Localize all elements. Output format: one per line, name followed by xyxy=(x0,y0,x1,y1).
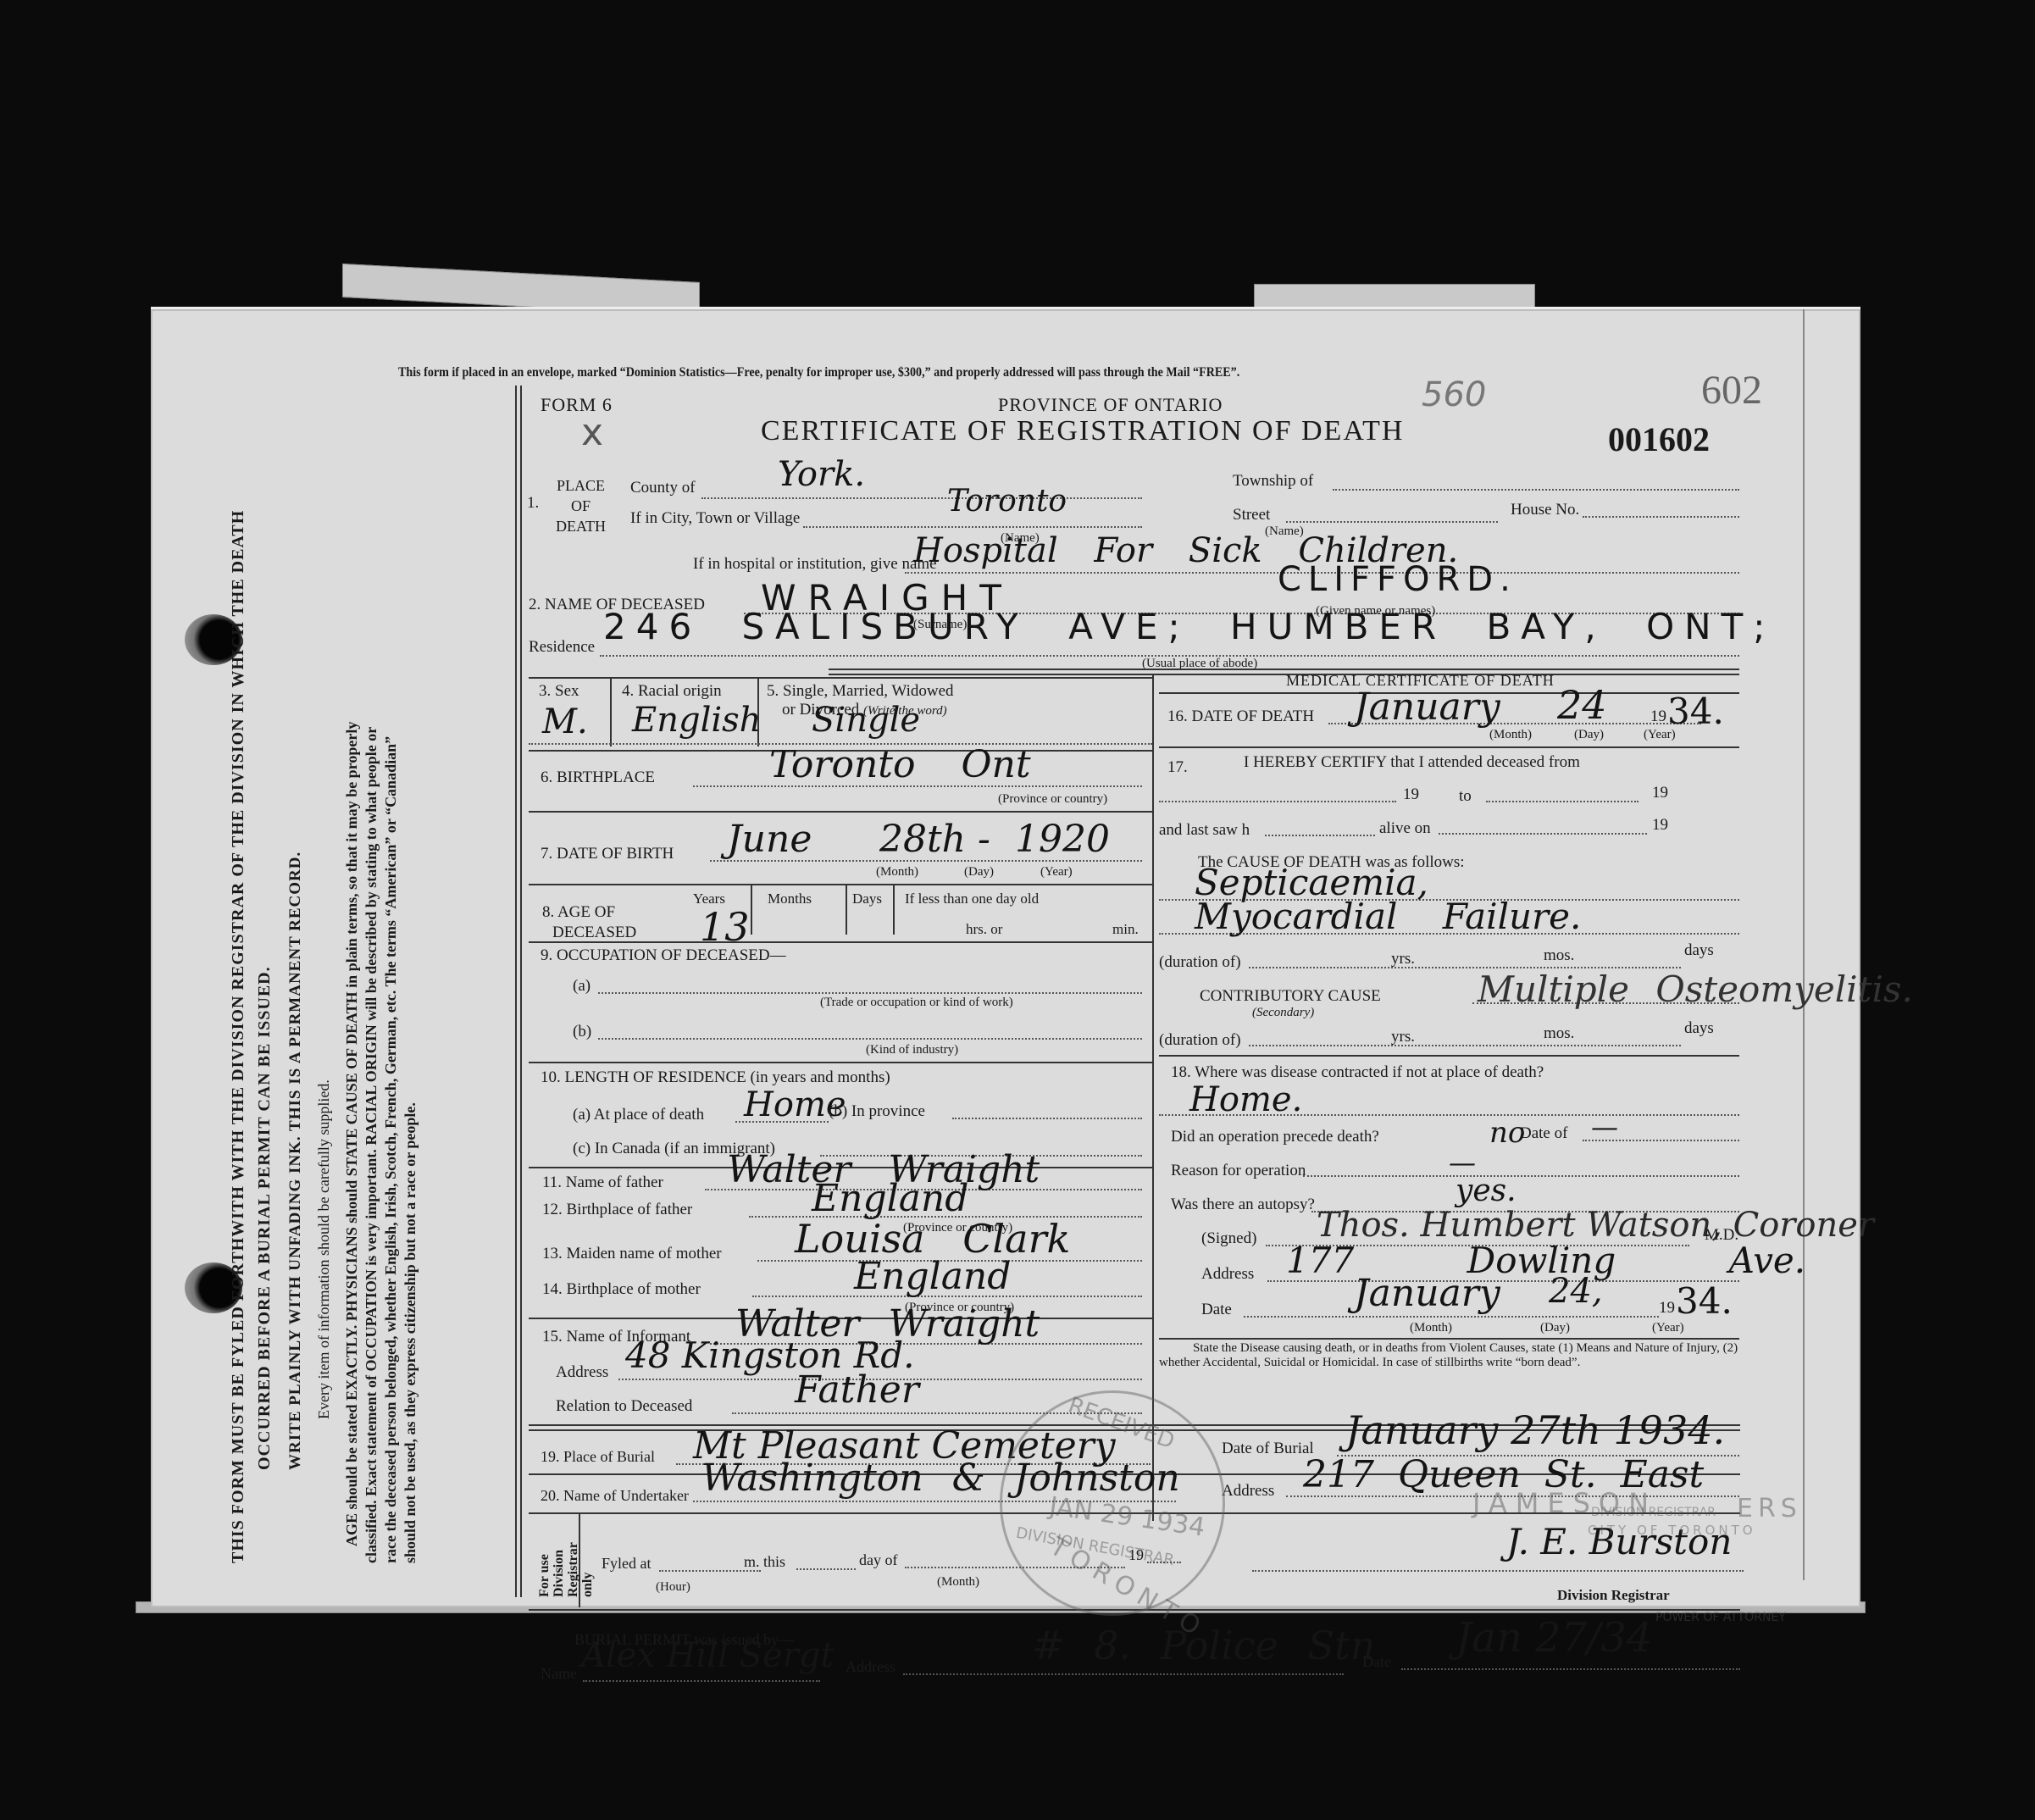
occupation-a-label: (a) xyxy=(573,977,591,996)
residence-length-title: 10. LENGTH OF RESIDENCE xyxy=(541,1068,746,1086)
dob-day-caption: (Day) xyxy=(964,865,994,879)
date-of-death-label: 16. DATE OF DEATH xyxy=(1167,707,1314,726)
cell-divider xyxy=(846,885,847,935)
certificate-title: CERTIFICATE OF REGISTRATION OF DEATH xyxy=(761,415,1404,447)
marital-status-field[interactable]: Single xyxy=(812,701,920,740)
birthplace-caption: (Province or country) xyxy=(998,792,1107,807)
given-name-field[interactable]: CLIFFORD. xyxy=(1278,560,1517,599)
permit-date-label: Date xyxy=(1362,1653,1391,1671)
dob-year-field[interactable]: 1920 xyxy=(1015,818,1110,861)
registrar-side-line: only xyxy=(580,1542,595,1597)
residence-length-hint: (in years and months) xyxy=(751,1068,890,1086)
item-number-1: 1. xyxy=(527,494,539,513)
attended-to-label: to xyxy=(1459,787,1472,806)
permit-name-field[interactable]: Alex Hill Sergt xyxy=(581,1636,834,1675)
hospital-label: If in hospital or institution, give name xyxy=(693,555,937,574)
occupation-b-label: (b) xyxy=(573,1023,591,1041)
registrar-side-line: For use xyxy=(537,1542,552,1597)
reason-line xyxy=(1303,1175,1739,1177)
township-field-line xyxy=(1333,489,1739,491)
row-rule xyxy=(529,677,1152,679)
autopsy-label: Was there an autopsy? xyxy=(1171,1196,1315,1214)
duration-label-2: (duration of) xyxy=(1159,1031,1241,1050)
side-instruction-line: should not be used, as they express citi… xyxy=(402,547,419,1563)
birthplace-label: 6. BIRTHPLACE xyxy=(541,769,655,787)
occupation-label: 9. OCCUPATION OF DECEASED— xyxy=(541,946,786,965)
form-left-border-inner xyxy=(520,386,522,1597)
birthplace-field[interactable]: Toronto Ont xyxy=(769,743,1031,786)
signed-label: (Signed) xyxy=(1201,1229,1256,1248)
sex-field[interactable]: M. xyxy=(542,702,588,741)
stamped-number: 602 xyxy=(1701,367,1762,413)
attended-from-year: 19 xyxy=(1403,785,1419,804)
fyled-at-label: Fyled at xyxy=(602,1555,652,1573)
division-registrar-caption: Division Registrar xyxy=(1557,1587,1670,1604)
side-instruction-line: classified. Exact statement of OCCUPATIO… xyxy=(363,547,380,1563)
section-rule xyxy=(829,669,1739,670)
relation-field[interactable]: Father xyxy=(795,1368,919,1412)
province-title: PROVINCE OF ONTARIO xyxy=(998,394,1223,416)
duration-line-2 xyxy=(1249,1045,1681,1046)
cell-divider xyxy=(610,679,612,746)
occupation-a-caption: (Trade or occupation or kind of work) xyxy=(820,996,1013,1010)
cell-divider xyxy=(757,679,759,746)
q18-label: 18. Where was disease contracted if not … xyxy=(1171,1063,1544,1082)
residence-length-label: 10. LENGTH OF RESIDENCE (in years and mo… xyxy=(541,1068,890,1087)
label-of: OF xyxy=(556,496,606,516)
date-of-death-month[interactable]: January xyxy=(1354,685,1500,729)
county-label: County of xyxy=(630,479,696,497)
dob-year-caption: (Year) xyxy=(1040,865,1073,879)
less-than-day-label: If less than one day old xyxy=(905,891,1039,907)
registrar-stamp-suffix: ERS xyxy=(1737,1494,1802,1523)
racial-origin-field[interactable]: English xyxy=(632,701,761,740)
alive-on-line xyxy=(1439,833,1647,835)
city-field[interactable]: Toronto xyxy=(947,484,1067,519)
certificate-date-day[interactable]: 24, xyxy=(1549,1272,1603,1311)
side-instruction-line: OCCURRED BEFORE A BURIAL PERMIT CAN BE I… xyxy=(255,547,274,1563)
date-of-burial-field[interactable]: January 27th 1934. xyxy=(1345,1407,1725,1453)
father-birthplace-label: 12. Birthplace of father xyxy=(542,1201,692,1219)
label-death: DEATH xyxy=(556,516,606,536)
row-rule xyxy=(1159,1338,1739,1340)
check-mark: x xyxy=(581,411,603,454)
contributory-cause-field[interactable]: Multiple Osteomyelitis. xyxy=(1478,968,1913,1010)
form-right-border xyxy=(1803,309,1805,1580)
cell-divider xyxy=(893,885,895,935)
side-instruction-line: AGE should be stated EXACTLY. PHYSICIANS… xyxy=(343,547,361,1563)
township-label: Township of xyxy=(1233,472,1313,491)
duration-label: (duration of) xyxy=(1159,953,1241,972)
place-of-death-label: PLACE OF DEATH xyxy=(556,475,606,536)
cell-divider xyxy=(751,885,752,935)
row-rule xyxy=(1159,1055,1739,1057)
registrar-month-caption: (Month) xyxy=(937,1575,979,1590)
certificate-date-year-caption: (Year) xyxy=(1652,1321,1684,1335)
min-label: min. xyxy=(1112,921,1139,938)
age-label: 8. AGE OF DECEASED xyxy=(542,902,636,943)
handwritten-number: 560 xyxy=(1422,375,1486,414)
age-label-line2: DECEASED xyxy=(542,923,636,943)
registrar-use-label: For use Division Registrar only xyxy=(537,1542,595,1597)
city-field-line xyxy=(803,526,1142,528)
day-of-label: day of xyxy=(859,1551,897,1569)
duration-days: days xyxy=(1684,941,1714,960)
attended-to-year: 19 xyxy=(1652,784,1668,802)
registration-number: 001602 xyxy=(1608,419,1710,459)
street-label: Street xyxy=(1233,506,1270,524)
residence-field[interactable]: 246 SALISBURY AVE; HUMBER BAY, ONT; xyxy=(603,606,1775,647)
date-of-death-year-prefix: 19 xyxy=(1650,707,1666,726)
duration-yrs-2: yrs. xyxy=(1391,1028,1415,1046)
death-certificate: THIS FORM MUST BE FYLED FORTHWITH WITH T… xyxy=(151,307,1860,1607)
registrar-stamp-power: POWER OF ATTORNEY xyxy=(1655,1611,1786,1624)
father-birthplace-field[interactable]: England xyxy=(812,1177,968,1220)
undertaker-address-label: Address xyxy=(1222,1482,1274,1501)
permit-date-line xyxy=(1401,1668,1740,1670)
permit-date-field[interactable]: Jan 27/34 xyxy=(1456,1614,1652,1662)
father-name-label: 11. Name of father xyxy=(542,1174,663,1192)
q18-field[interactable]: Home. xyxy=(1189,1080,1302,1119)
permit-address-line xyxy=(903,1673,1344,1675)
house-number-label: House No. xyxy=(1511,501,1579,519)
occupation-b-line xyxy=(598,1038,1142,1040)
permit-name-line xyxy=(583,1680,820,1682)
dob-month-caption: (Month) xyxy=(876,865,918,879)
occupation-a-line xyxy=(598,992,1142,994)
certify-number: 17. xyxy=(1167,758,1188,777)
county-field-line xyxy=(701,497,1142,499)
registrar-signature-line xyxy=(1252,1570,1744,1572)
certificate-date-year[interactable]: 34. xyxy=(1676,1280,1733,1322)
last-saw-label: and last saw h xyxy=(1159,821,1250,840)
marital-status-label: 5. Single, Married, Widowed xyxy=(767,682,954,701)
date-of-burial-label: Date of Burial xyxy=(1222,1440,1314,1458)
label-place: PLACE xyxy=(556,475,606,496)
m-this-label: m. this xyxy=(744,1553,785,1571)
reason-label: Reason for operation xyxy=(1171,1162,1306,1180)
hrs-label: hrs. or xyxy=(966,921,1002,938)
last-saw-line xyxy=(1265,835,1375,836)
duration-mos: mos. xyxy=(1544,946,1574,965)
duration-days-2: days xyxy=(1684,1019,1714,1038)
certificate-date-day-caption: (Day) xyxy=(1540,1321,1570,1335)
certificate-date-month[interactable]: January xyxy=(1354,1272,1500,1315)
residence-label: Residence xyxy=(529,638,595,657)
attended-from-line xyxy=(1159,801,1396,802)
duration-mos-2: mos. xyxy=(1544,1024,1574,1043)
certificate-date-line xyxy=(1244,1316,1659,1318)
hour-caption: (Hour) xyxy=(656,1580,690,1595)
side-instruction-line: WRITE PLAINLY WITH UNFADING INK. THIS IS… xyxy=(286,547,305,1563)
sex-label: 3. Sex xyxy=(539,682,579,701)
certify-text: I HEREBY CERTIFY that I attended decease… xyxy=(1244,753,1580,772)
registrar-side-line: Division xyxy=(552,1542,566,1597)
city-label: If in City, Town or Village xyxy=(630,509,800,528)
dod-day-caption: (Day) xyxy=(1574,728,1604,742)
row-rule xyxy=(529,1062,1152,1063)
autopsy-field[interactable]: yes. xyxy=(1456,1174,1517,1208)
contributory-cause-label: CONTRIBUTORY CAUSE xyxy=(1200,987,1381,1006)
date-of-death-day[interactable]: 24 xyxy=(1557,682,1607,728)
permit-address-label: Address xyxy=(846,1658,896,1676)
section-rule xyxy=(829,674,1739,675)
cause-note: State the Disease causing death, or in d… xyxy=(1159,1341,1739,1370)
at-place-label: (a) At place of death xyxy=(573,1106,704,1124)
attended-to-line xyxy=(1486,801,1639,802)
informant-address-label: Address xyxy=(556,1363,608,1382)
physician-address-label: Address xyxy=(1201,1265,1254,1284)
in-province-label: (b) In province xyxy=(829,1102,925,1121)
side-instruction-line: race the deceased person belonged, wheth… xyxy=(382,547,400,1563)
registrar-side-line: Registrar xyxy=(566,1542,580,1597)
date-of-birth-label: 7. DATE OF BIRTH xyxy=(541,845,674,863)
street-field-line xyxy=(1286,521,1498,523)
cause-of-death-secondary-line[interactable]: Myocardial Failure. xyxy=(1195,896,1581,937)
row-rule xyxy=(529,941,1152,943)
dod-month-caption: (Month) xyxy=(1489,728,1532,742)
mail-notice: This form if placed in an envelope, mark… xyxy=(398,365,1239,380)
side-instruction-line: THIS FORM MUST BE FYLED FORTHWITH WITH T… xyxy=(229,547,248,1563)
date-of-death-year[interactable]: 34. xyxy=(1667,691,1724,732)
day-line xyxy=(796,1568,856,1570)
operation-date-field[interactable]: — xyxy=(1591,1111,1618,1143)
form-left-border xyxy=(515,386,517,1597)
racial-origin-label: 4. Racial origin xyxy=(622,682,722,701)
row-rule xyxy=(529,884,1152,885)
dod-year-caption: (Year) xyxy=(1644,728,1676,742)
registrar-stamp-title: DIVISION REGISTRAR xyxy=(1591,1506,1716,1519)
mother-birthplace-field[interactable]: England xyxy=(854,1255,1011,1298)
place-of-burial-label: 19. Place of Burial xyxy=(541,1448,655,1466)
certificate-date-month-caption: (Month) xyxy=(1410,1321,1452,1335)
relation-label: Relation to Deceased xyxy=(556,1397,692,1416)
alive-on-label: alive on xyxy=(1379,819,1431,838)
row-rule xyxy=(529,811,1152,813)
contributory-caption: (Secondary) xyxy=(1252,1006,1314,1020)
days-label: Days xyxy=(852,891,882,907)
row-rule xyxy=(1159,746,1739,748)
house-number-line xyxy=(1583,516,1739,518)
side-instructions: THIS FORM MUST BE FYLED FORTHWITH WITH T… xyxy=(229,547,419,1563)
dob-month-field[interactable]: June xyxy=(727,818,812,861)
county-field[interactable]: York. xyxy=(778,455,865,494)
dob-day-field[interactable]: 28th - xyxy=(879,818,990,861)
undertaker-label: 20. Name of Undertaker xyxy=(541,1487,689,1505)
duration-yrs: yrs. xyxy=(1391,950,1415,968)
operation-date-label: Date of xyxy=(1520,1124,1567,1143)
mother-name-label: 13. Maiden name of mother xyxy=(542,1245,722,1263)
months-label: Months xyxy=(768,891,812,907)
in-province-line xyxy=(952,1118,1142,1119)
side-instruction-line: Every item of information should be care… xyxy=(315,547,333,1563)
certificate-date-label: Date xyxy=(1201,1301,1232,1319)
column-divider xyxy=(1152,674,1154,1521)
occupation-b-caption: (Kind of industry) xyxy=(866,1043,958,1057)
age-label-line1: 8. AGE OF xyxy=(542,902,636,923)
mother-birthplace-label: 14. Birthplace of mother xyxy=(542,1280,701,1299)
operation-label: Did an operation precede death? xyxy=(1171,1128,1379,1146)
certificate-date-year-prefix: 19 xyxy=(1659,1299,1675,1318)
alive-on-year: 19 xyxy=(1652,816,1668,835)
registrar-stamp-city: CITY OF TORONTO xyxy=(1588,1523,1756,1538)
permit-name-label: Name xyxy=(541,1665,577,1683)
